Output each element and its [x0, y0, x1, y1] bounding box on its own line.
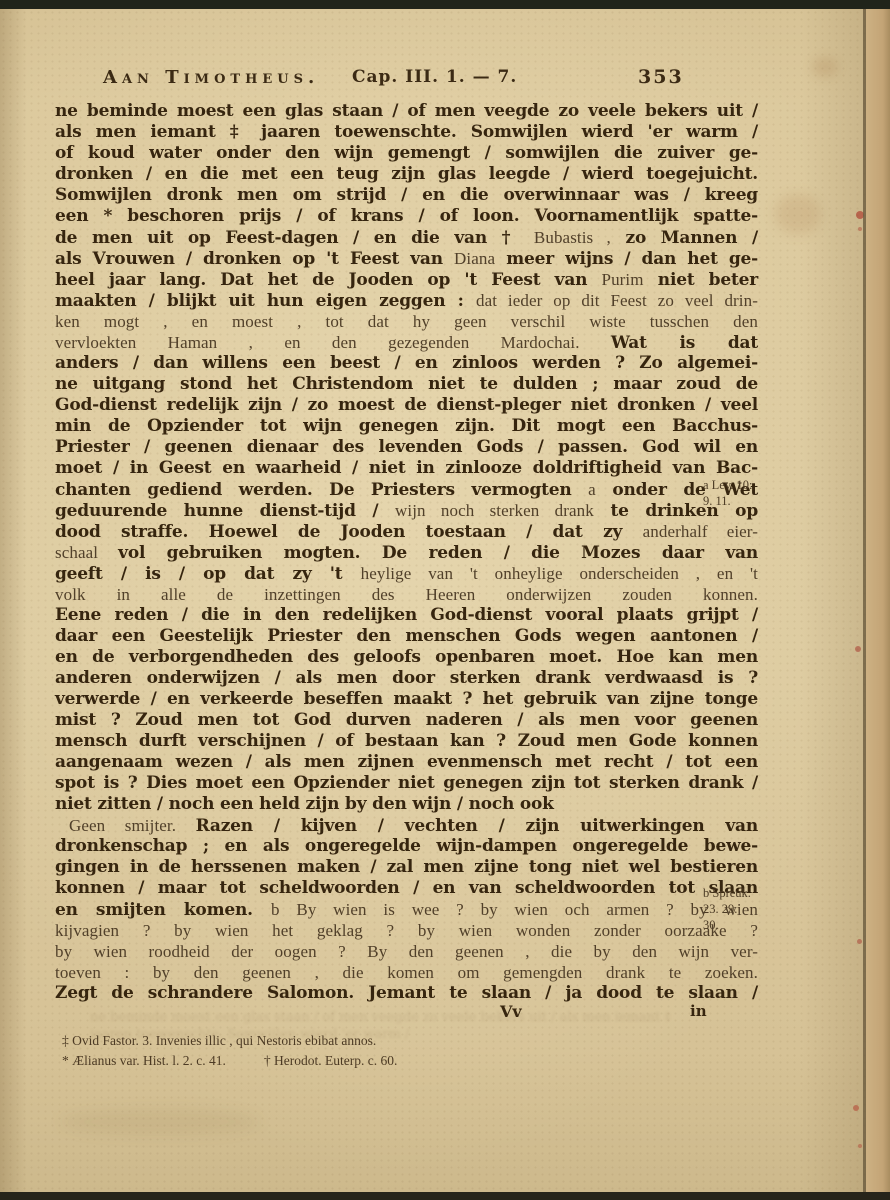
red-stain-dot [855, 646, 861, 652]
blackletter-text-segment: anders / dan willens een beest / en zinl… [55, 353, 758, 373]
red-stain-dot [857, 939, 862, 944]
text-line: anderen onderwijzen / als men door sterk… [55, 668, 758, 689]
blackletter-text-segment: Eene reden / die in den redelijken God-d… [55, 605, 758, 625]
blackletter-text-segment: daar een Geestelijk Priester den mensche… [55, 626, 758, 646]
roman-text-segment: toeven : by den geenen , die komen om ge… [55, 963, 758, 982]
text-line: een * beschoren prijs / of krans / of lo… [55, 206, 758, 227]
page-paper: Aan Timotheus. Cap. III. 1. — 7. 353 ne … [0, 9, 890, 1192]
margin-note-line: b Spreuk. [703, 885, 803, 901]
text-line: maakten / blijkt uit hun eigen zeggen : … [55, 290, 758, 311]
text-line: aangenaam wezen / als men zijnen evenmen… [55, 752, 758, 773]
page-fold-line [863, 9, 866, 1192]
blackletter-text-segment: of koud water onder den wijn gemengt / s… [55, 143, 758, 163]
blackletter-text-segment: Zegt de schrandere Salomon. Jemant te sl… [55, 983, 758, 1003]
blackletter-text-segment: Somwijlen dronk men om strijd / en die o… [55, 185, 758, 205]
margin-note-line: 23. 29. [703, 901, 803, 917]
blackletter-text-segment: mist ? Zoud men tot God durven naderen /… [55, 710, 758, 730]
footnote-text: * Ælianus var. Hist. l. 2. c. 41. [62, 1053, 226, 1068]
text-line: by wien roodheid der oogen ? By den geen… [55, 941, 758, 962]
text-line: dood straffe. Hoewel de Jooden toestaan … [55, 521, 758, 542]
scanned-book-page: Aan Timotheus. Cap. III. 1. — 7. 353 ne … [0, 0, 890, 1200]
text-line: mensch durft verschijnen / of bestaan ka… [55, 731, 758, 752]
blackletter-text-segment: niet zitten / noch een held zijn by den … [55, 794, 554, 814]
text-line: kijvagien ? by wien het geklag ? by wien… [55, 920, 758, 941]
text-line: en smijten komen. b By wien is wee ? by … [55, 899, 758, 920]
adjacent-page-edge [866, 9, 890, 1192]
brown-blotch [775, 194, 821, 234]
blackletter-text-segment: en smijten komen. [55, 900, 271, 920]
text-line: niet zitten / noch een held zijn by den … [55, 794, 758, 815]
brown-blotch [812, 57, 838, 77]
text-line: daar een Geestelijk Priester den mensche… [55, 626, 758, 647]
blackletter-text-segment: min de Opziender tot wijn genegen zijn. … [55, 416, 758, 436]
roman-text-segment: dat ieder op dit Feest zo veel drin- [476, 291, 758, 310]
text-line: heel jaar lang. Dat het de Jooden op 't … [55, 269, 758, 290]
roman-text-segment: Bubastis , [534, 228, 611, 247]
blackletter-text-segment: geeft / is / op dat zy 't [55, 564, 361, 584]
text-line: dronken / en die met een teug zijn glas … [55, 164, 758, 185]
blackletter-text-segment: God-dienst redelijk zijn / zo moest de d… [55, 395, 758, 415]
roman-text-segment: Diana [454, 249, 495, 268]
roman-text-segment: anderhalf eier- [643, 522, 758, 541]
margin-note-line: 9. 11. [703, 493, 803, 509]
blackletter-text-segment: een * beschoren prijs / of krans / of lo… [55, 206, 758, 226]
chapter-reference: Cap. III. 1. — 7. [352, 67, 517, 87]
roman-text-segment: vervloekten Haman , en den gezegenden Ma… [55, 333, 611, 352]
scan-edge-top [0, 0, 890, 9]
roman-text-segment: schaal [55, 543, 118, 562]
text-line: Somwijlen dronk men om strijd / en die o… [55, 185, 758, 206]
text-line: ken mogt , en moest , tot dat hy geen ve… [55, 311, 758, 332]
blackletter-text-segment: mensch durft verschijnen / of bestaan ka… [55, 731, 758, 751]
blackletter-text-segment: en de verborgendheden des geloofs openba… [55, 647, 758, 667]
footnote-line: ‡ Ovid Fastor. 3. Invenies illic , qui N… [62, 1031, 722, 1051]
roman-text-segment: a [588, 480, 596, 499]
text-line: Geen smijter. Razen / kijven / vechten /… [55, 815, 758, 836]
blackletter-text-segment: als men iemant ‡ jaaren toewenschte. Som… [55, 122, 758, 142]
scan-edge-bottom [0, 1192, 890, 1200]
blackletter-text-segment: heel jaar lang. Dat het de Jooden op 't … [55, 270, 602, 290]
text-line: moet / in Geest en waarheid / niet in zi… [55, 458, 758, 479]
roman-text-segment: Geen smijter. [69, 816, 196, 835]
blackletter-text-segment: als Vrouwen / dronken op 't Feest van [55, 249, 454, 269]
text-line: verwerde / en verkeerde beseffen maakt ?… [55, 689, 758, 710]
margin-scripture-note: b Spreuk.23. 29.30. [703, 885, 803, 933]
footnote-text: ‡ Ovid Fastor. 3. Invenies illic , qui N… [62, 1033, 376, 1048]
roman-text-segment: by wien roodheid der oogen ? By den geen… [55, 942, 758, 961]
roman-text-segment: Purim [602, 270, 644, 289]
blackletter-text-segment: maakten / blijkt uit hun eigen zeggen : [55, 291, 476, 311]
text-line: en de verborgendheden des geloofs openba… [55, 647, 758, 668]
text-line: God-dienst redelijk zijn / zo moest de d… [55, 395, 758, 416]
blackletter-text-segment: dronken / en die met een teug zijn glas … [55, 164, 758, 184]
blackletter-text-segment: spot is ? Dies moet een Opziender niet g… [55, 773, 758, 793]
text-line: de men uit op Feest-dagen / en die van †… [55, 227, 758, 248]
text-line: vervloekten Haman , en den gezegenden Ma… [55, 332, 758, 353]
blackletter-text-segment: niet beter [644, 270, 758, 290]
footnote-line: * Ælianus var. Hist. l. 2. c. 41.† Herod… [62, 1051, 722, 1071]
blackletter-text-segment: Priester / geenen dienaar des levenden G… [55, 437, 758, 457]
text-line: gingen in de herssenen maken / zal men z… [55, 857, 758, 878]
blackletter-text-segment: konnen / maar tot scheldwoorden / en van… [55, 878, 758, 898]
text-line: volk in alle de inzettingen des Heeren o… [55, 584, 758, 605]
text-line: Priester / geenen dienaar des levenden G… [55, 437, 758, 458]
footnote-text: † Herodot. Euterp. c. 60. [264, 1053, 397, 1068]
roman-text-segment: ken mogt , en moest , tot dat hy geen ve… [55, 312, 758, 331]
blackletter-text-segment: ne beminde moest een glas staan / of men… [55, 101, 758, 121]
text-line: of koud water onder den wijn gemengt / s… [55, 143, 758, 164]
text-line: chanten gediend werden. De Priesters ver… [55, 479, 758, 500]
text-line: konnen / maar tot scheldwoorden / en van… [55, 878, 758, 899]
text-line: Zegt de schrandere Salomon. Jemant te sl… [55, 983, 758, 1004]
blackletter-text-segment: anderen onderwijzen / als men door sterk… [55, 668, 758, 688]
text-line: als Vrouwen / dronken op 't Feest van Di… [55, 248, 758, 269]
blackletter-text-segment: vol gebruiken mogten. De reden / die Moz… [118, 543, 758, 563]
text-line: anders / dan willens een beest / en zinl… [55, 353, 758, 374]
blackletter-text-segment: verwerde / en verkeerde beseffen maakt ?… [55, 689, 758, 709]
brown-blotch [60, 1109, 260, 1135]
blackletter-text-segment: Wat is dat [611, 333, 758, 353]
text-line: geduurende hunne dienst-tijd / wijn noch… [55, 500, 758, 521]
footnotes: ‡ Ovid Fastor. 3. Invenies illic , qui N… [62, 1031, 722, 1071]
page-number: 353 [638, 66, 684, 88]
roman-text-segment: b By wien is wee ? by wien och armen ? b… [271, 900, 758, 919]
blackletter-text-segment: de men uit op Feest-dagen / en die van † [55, 228, 534, 248]
signature-mark: Vv [500, 1002, 522, 1021]
blackletter-text-segment: Razen / kijven / vechten / zijn uitwerki… [196, 816, 758, 836]
roman-text-segment: heylige van 't onheylige onderscheiden ,… [361, 564, 758, 583]
blackletter-text-segment: dood straffe. Hoewel de Jooden toestaan … [55, 522, 643, 542]
text-line: toeven : by den geenen , die komen om ge… [55, 962, 758, 983]
page-header: Aan Timotheus. Cap. III. 1. — 7. 353 [0, 67, 790, 93]
margin-note-line: 30. [703, 917, 803, 933]
roman-text-segment: kijvagien ? by wien het geklag ? by wien… [55, 921, 758, 940]
roman-text-segment: wijn noch sterken drank [395, 501, 594, 520]
blackletter-text-segment: gingen in de herssenen maken / zal men z… [55, 857, 758, 877]
body-text: ne beminde moest een glas staan / of men… [55, 101, 758, 1004]
margin-scripture-note: a Lev. 10:9. 11. [703, 477, 803, 509]
blackletter-text-segment: aangenaam wezen / als men zijnen evenmen… [55, 752, 758, 772]
text-line: mist ? Zoud men tot God durven naderen /… [55, 710, 758, 731]
blackletter-text-segment: moet / in Geest en waarheid / niet in zi… [55, 458, 758, 478]
blackletter-text-segment: dronkenschap ; en als ongeregelde wijn-d… [55, 836, 758, 856]
text-line: spot is ? Dies moet een Opziender niet g… [55, 773, 758, 794]
text-line: als men iemant ‡ jaaren toewenschte. Som… [55, 122, 758, 143]
blackletter-text-segment: ne uitgang stond het Christendom niet te… [55, 374, 758, 394]
blackletter-text-segment: chanten gediend werden. De Priesters ver… [55, 480, 588, 500]
text-line: ne beminde moest een glas staan / of men… [55, 101, 758, 122]
text-line: dronkenschap ; en als ongeregelde wijn-d… [55, 836, 758, 857]
roman-text-segment: volk in alle de inzettingen des Heeren o… [55, 585, 758, 604]
text-line: Eene reden / die in den redelijken God-d… [55, 605, 758, 626]
red-stain-dot [853, 1105, 859, 1111]
margin-note-line: a Lev. 10: [703, 477, 803, 493]
blackletter-text-segment: geduurende hunne dienst-tijd / [55, 501, 395, 521]
text-line: ne uitgang stond het Christendom niet te… [55, 374, 758, 395]
blackletter-text-segment: meer wijns / dan het ge- [495, 249, 758, 269]
text-line: schaal vol gebruiken mogten. De reden / … [55, 542, 758, 563]
catchword: in [690, 1002, 707, 1020]
blackletter-text-segment: zo Mannen / [611, 228, 758, 248]
text-line: min de Opziender tot wijn genegen zijn. … [55, 416, 758, 437]
running-title: Aan Timotheus. [103, 67, 319, 88]
text-line: geeft / is / op dat zy 't heylige van 't… [55, 563, 758, 584]
